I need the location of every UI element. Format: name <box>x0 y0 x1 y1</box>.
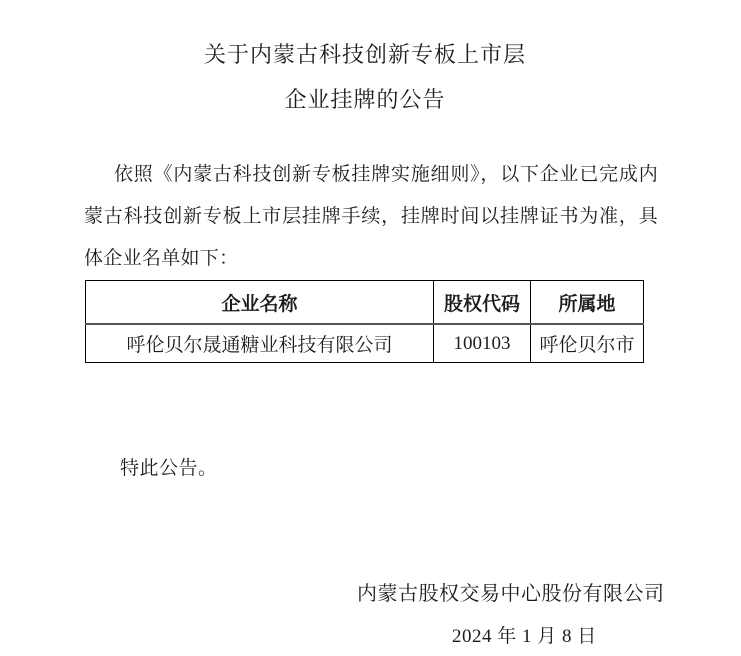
document-title-line1: 关于内蒙古科技创新专板上市层 <box>0 38 730 69</box>
companies-table: 企业名称 股权代码 所属地 呼伦贝尔晟通糖业科技有限公司 100103 呼伦贝尔… <box>85 280 644 363</box>
announcement-document: 关于内蒙古科技创新专板上市层 企业挂牌的公告 依照《内蒙古科技创新专板挂牌实施细… <box>0 0 741 656</box>
cell-region: 呼伦贝尔市 <box>531 324 644 363</box>
document-title-line2: 企业挂牌的公告 <box>0 83 730 114</box>
table-header-company-name: 企业名称 <box>86 281 434 325</box>
issuer-name: 内蒙古股权交易中心股份有限公司 <box>357 577 665 606</box>
cell-company-name: 呼伦贝尔晟通糖业科技有限公司 <box>86 324 434 363</box>
body-paragraph: 依照《内蒙古科技创新专板挂牌实施细则》，以下企业已完成内蒙古科技创新专板上市层挂… <box>84 154 658 280</box>
issue-date: 2024 年 1 月 8 日 <box>452 621 597 648</box>
table-header-region: 所属地 <box>531 281 644 325</box>
table-row: 呼伦贝尔晟通糖业科技有限公司 100103 呼伦贝尔市 <box>86 324 644 363</box>
table-header-stock-code: 股权代码 <box>434 281 531 325</box>
cell-stock-code: 100103 <box>434 324 531 363</box>
closing-statement: 特此公告。 <box>120 453 218 480</box>
table-header-row: 企业名称 股权代码 所属地 <box>86 281 644 325</box>
